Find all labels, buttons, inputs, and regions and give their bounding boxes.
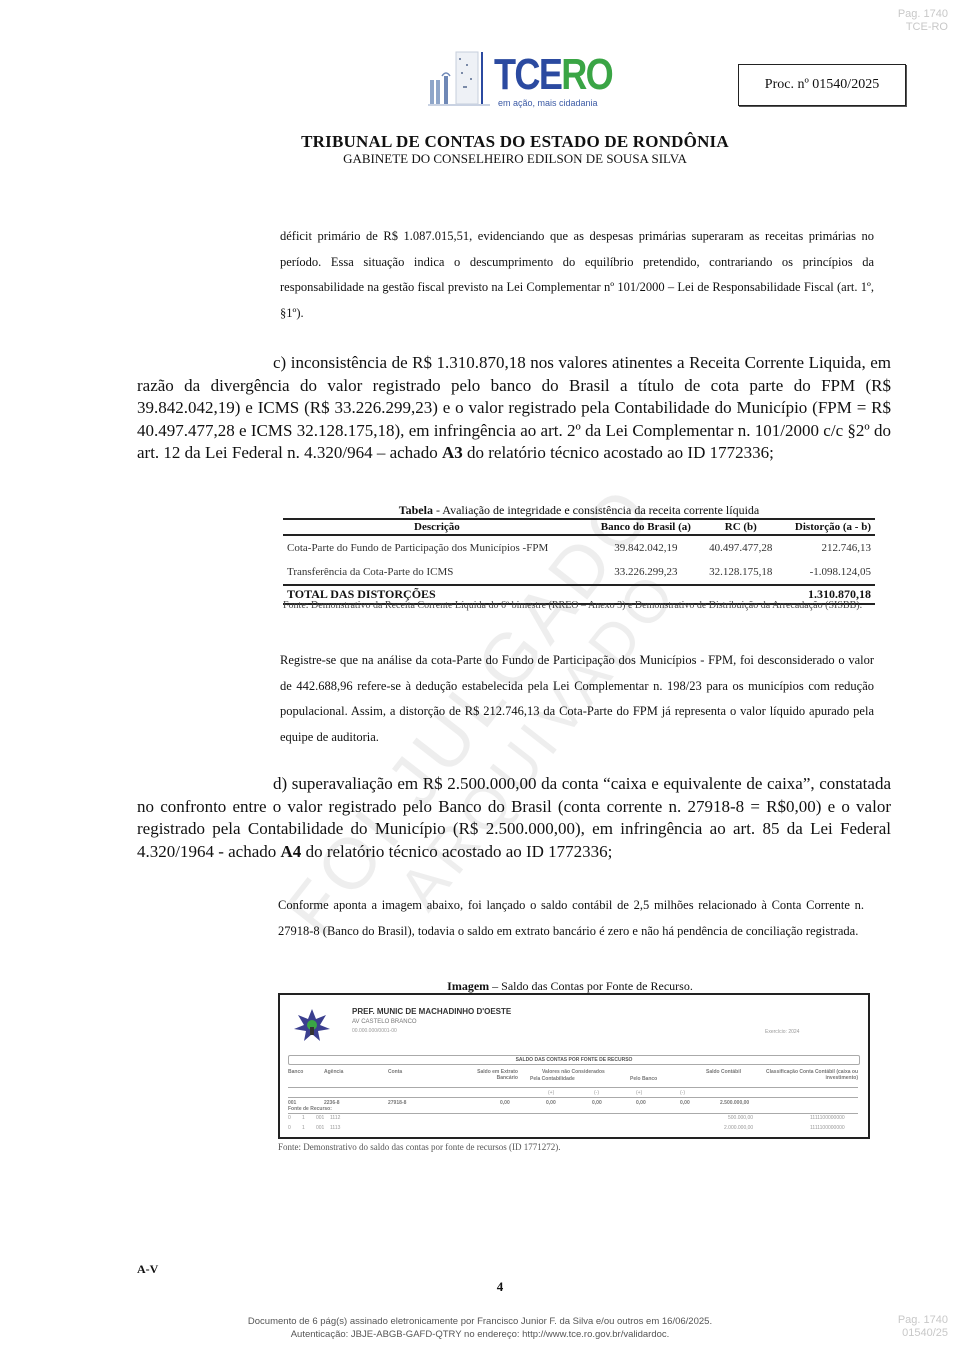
sign: (+) <box>548 1090 554 1096</box>
rcl-table: Descrição Banco do Brasil (a) RC (b) Dis… <box>283 518 875 605</box>
report-cell-conta: 27918-8 <box>388 1100 406 1106</box>
report-sub-cell: 001 <box>316 1115 324 1121</box>
cell-distorcao: 212.746,13 <box>781 535 875 560</box>
item-d-finding: A4 <box>281 842 302 861</box>
table-caption-label: Tabela <box>399 503 433 517</box>
signature-footer: Documento de 6 pág(s) assinado eletronic… <box>130 1315 830 1341</box>
author-initials: A-V <box>137 1262 158 1277</box>
stamp-org: TCE-RO <box>898 21 948 34</box>
municipal-crest-icon <box>290 1007 334 1043</box>
report-sub-cell: 1 <box>302 1115 305 1121</box>
stamp-page: Pag. 1740 <box>898 1314 948 1327</box>
logo-tagline: em ação, mais cidadania <box>498 98 598 108</box>
report-org: PREF. MUNIC DE MACHADINHO D'OESTE <box>352 1007 511 1016</box>
image-caption-label: Imagem <box>447 979 489 993</box>
report-sub-cell: 0 <box>288 1115 291 1121</box>
report-sub-cell: 001 <box>316 1125 324 1131</box>
sign: (-) <box>594 1090 599 1096</box>
report-col-saldo-extrato: Saldo em Extrato Bancário <box>458 1069 518 1081</box>
report-cell-value: 0,00 <box>680 1100 690 1106</box>
item-d-paragraph: d) superavaliação em R$ 2.500.000,00 da … <box>137 773 891 863</box>
col-distorcao: Distorção (a - b) <box>781 519 875 535</box>
report-col-saldo-contabil: Saldo Contábil <box>706 1069 741 1075</box>
report-sub-cell: 1113 <box>330 1125 340 1131</box>
authentication-line[interactable]: Autenticação: JBJE-ABGB-GAFD-QTRY no end… <box>130 1328 830 1341</box>
item-c-finding: A3 <box>442 443 463 462</box>
logo-ro: RO <box>561 50 612 99</box>
table-header-row: Descrição Banco do Brasil (a) RC (b) Dis… <box>283 519 875 535</box>
cell-desc: Cota-Parte do Fundo de Participação dos … <box>283 535 591 560</box>
quote-conta-corrente: Conforme aponta a imagem abaixo, foi lan… <box>278 893 864 944</box>
page-title: TRIBUNAL DE CONTAS DO ESTADO DE RONDÔNIA <box>0 132 960 152</box>
report-sub-cell: 1 <box>302 1125 305 1131</box>
report-col-classificacao: Classificação Conta Contábil (caixa ou i… <box>758 1069 858 1081</box>
page-stamp-bottom: Pag. 1740 01540/25 <box>898 1314 948 1340</box>
signature-line: Documento de 6 pág(s) assinado eletronic… <box>130 1315 830 1328</box>
page-number: 4 <box>0 1279 960 1295</box>
quote-fpm: Registre-se que na análise da cota-Parte… <box>280 648 874 750</box>
cell-desc: Transferência da Cota-Parte do ICMS <box>283 560 591 585</box>
report-col-conta: Conta <box>388 1069 402 1075</box>
image-caption-text: – Saldo das Contas por Fonte de Recurso. <box>489 979 693 993</box>
cell-bb: 33.226.299,23 <box>591 560 701 585</box>
image-caption: Imagem – Saldo das Contas por Fonte de R… <box>280 979 860 994</box>
page-subtitle: GABINETE DO CONSELHEIRO EDILSON DE SOUSA… <box>0 151 960 167</box>
report-sub-class: 1111100000000 <box>810 1125 845 1131</box>
report-cell-value: 0,00 <box>546 1100 556 1106</box>
report-address: AV CASTELO BRANCO <box>352 1019 417 1025</box>
tcero-logo: TCERO em ação, mais cidadania <box>428 52 603 112</box>
page-stamp-top: Pag. 1740 TCE-RO <box>898 8 948 34</box>
report-cell-value: 0,00 <box>592 1100 602 1106</box>
report-sub-saldo: 2.000.000,00 <box>724 1125 753 1131</box>
table-caption: Tabela - Avaliação de integridade e cons… <box>283 503 875 518</box>
report-col-banco: Banco <box>288 1069 303 1075</box>
report-sub-class: 1111100000000 <box>810 1115 845 1121</box>
stamp-proc: 01540/25 <box>898 1327 948 1340</box>
cell-rc: 32.128.175,18 <box>701 560 781 585</box>
embedded-report-image: PREF. MUNIC DE MACHADINHO D'OESTE AV CAS… <box>278 993 870 1139</box>
cell-bb: 39.842.042,19 <box>591 535 701 560</box>
item-c-paragraph: c) inconsistência de R$ 1.310.870,18 nos… <box>137 352 891 465</box>
table-caption-text: - Avaliação de integridade e consistênci… <box>433 503 759 517</box>
report-cell-saldo-contabil: 2.500.000,00 <box>720 1100 749 1106</box>
logo-wordmark: TCERO <box>494 52 612 98</box>
table-row: Cota-Parte do Fundo de Participação dos … <box>283 535 875 560</box>
report-fonte-label: Fonte de Recurso: <box>288 1106 332 1112</box>
report-cell-value: 0,00 <box>500 1100 510 1106</box>
table-row: Transferência da Cota-Parte do ICMS 33.2… <box>283 560 875 585</box>
report-cnpj: 00.000.000/0001-00 <box>352 1028 397 1034</box>
item-d-text-end: do relatório técnico acostado ao ID 1772… <box>301 842 612 861</box>
report-sub-cell: 1112 <box>330 1115 340 1121</box>
report-band-title: SALDO DAS CONTAS POR FONTE DE RECURSO <box>288 1055 860 1065</box>
table-source: Fonte: Demonstrativo da Receita Corrente… <box>283 599 883 612</box>
logo-tce: TCE <box>494 50 561 99</box>
stamp-page: Pag. 1740 <box>898 8 948 21</box>
image-source: Fonte: Demonstrativo do saldo das contas… <box>278 1142 560 1152</box>
item-c-text-end: do relatório técnico acostado ao ID 1772… <box>463 443 774 462</box>
report-col-pela-contab: Pela Contabilidade <box>530 1076 575 1082</box>
col-banco-brasil: Banco do Brasil (a) <box>591 519 701 535</box>
cell-rc: 40.497.477,28 <box>701 535 781 560</box>
report-col-valores-nao: Valores não Considerados <box>542 1069 662 1075</box>
report-exercicio: Exercício: 2024 <box>765 1029 799 1035</box>
col-descricao: Descrição <box>283 519 591 535</box>
report-cell-value: 0,00 <box>636 1100 646 1106</box>
sign: (+) <box>636 1090 642 1096</box>
report-sub-saldo: 500.000,00 <box>728 1115 753 1121</box>
report-sub-cell: 0 <box>288 1125 291 1131</box>
cell-distorcao: -1.098.124,05 <box>781 560 875 585</box>
sign: (-) <box>680 1090 685 1096</box>
process-number-box: Proc. nº 01540/2025 <box>738 64 906 106</box>
report-col-agencia: Agência <box>324 1069 343 1075</box>
col-rc: RC (b) <box>701 519 781 535</box>
building-icon <box>428 50 490 106</box>
quote-deficit: déficit primário de R$ 1.087.015,51, evi… <box>280 224 874 326</box>
report-col-pelo-banco: Pelo Banco <box>630 1076 657 1082</box>
